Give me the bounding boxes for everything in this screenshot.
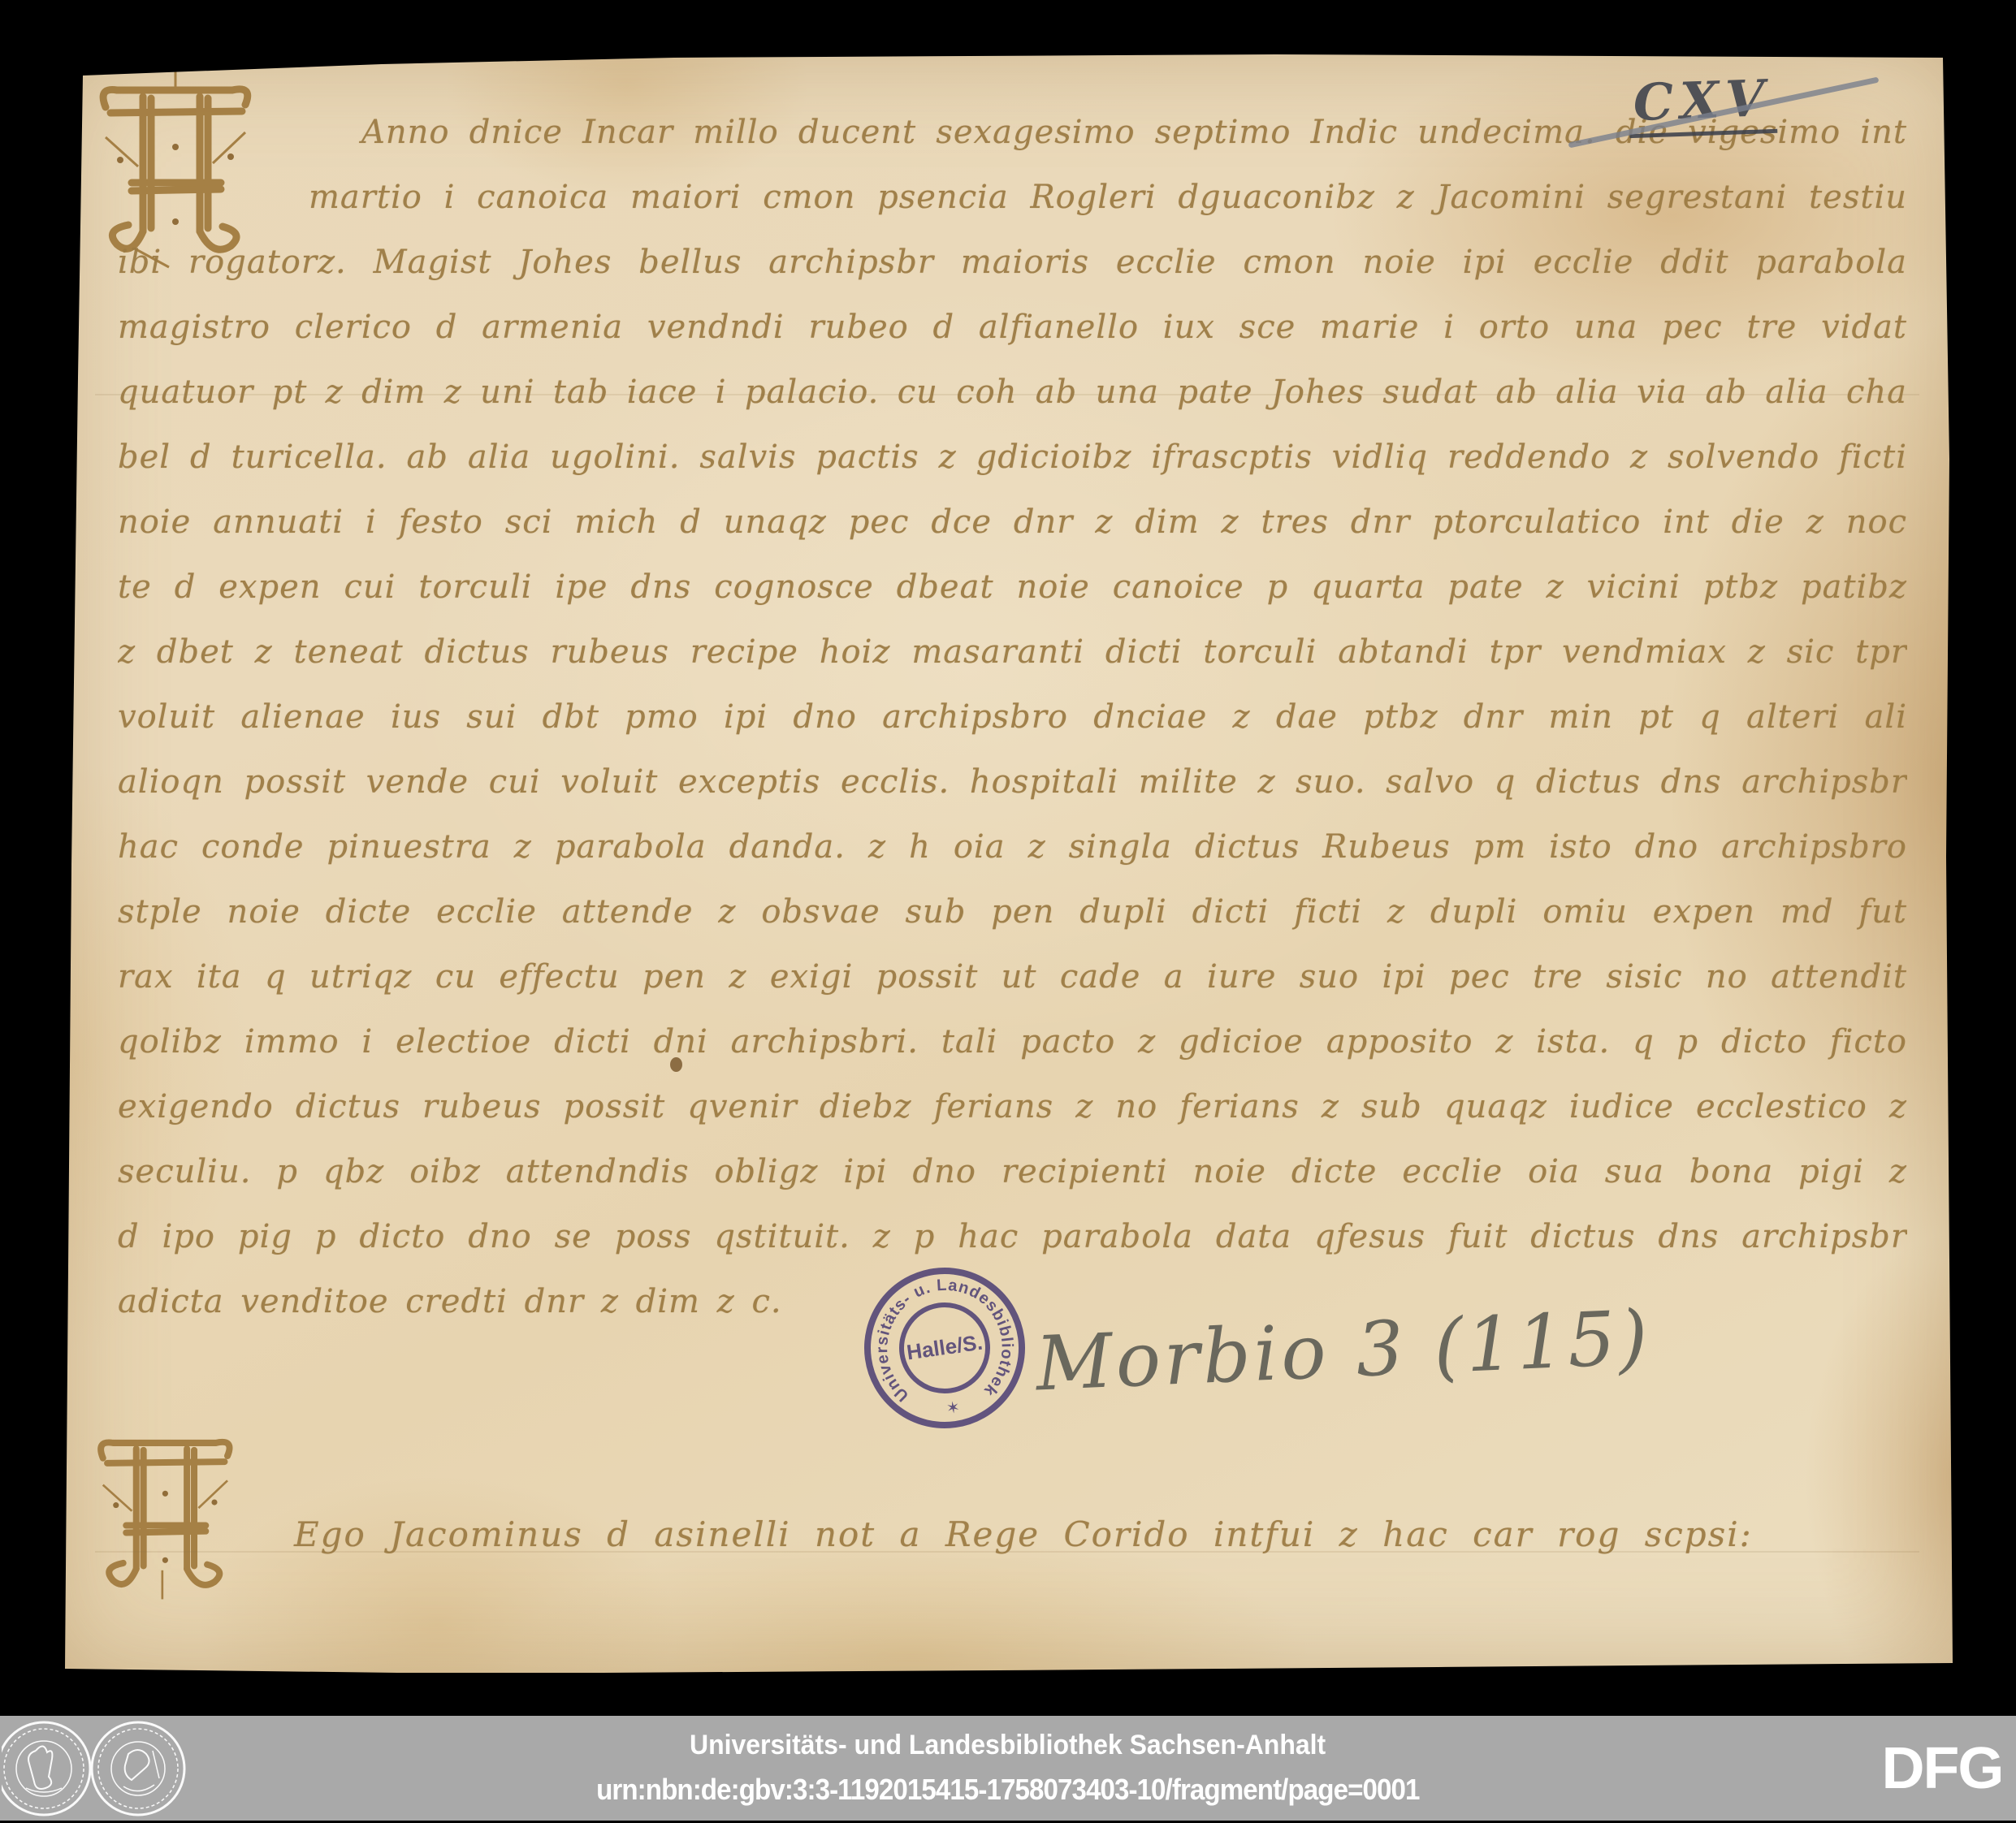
manuscript-line: alioqn possit vende cui voluit exceptis …: [118, 750, 1907, 814]
footer-institution: Universitäts- und Landesbibliothek Sachs…: [690, 1730, 1326, 1761]
manuscript-line: hac conde pinuestra z parabola danda. z …: [118, 814, 1907, 879]
viewer-background: Anno dnice Incar millo ducent sexagesimo…: [0, 0, 2016, 1823]
manuscript-line: stple noie dicte ecclie attende z obsvae…: [118, 879, 1907, 944]
university-seals-icon: [2, 1718, 197, 1818]
footer-bar: Universitäts- und Landesbibliothek Sachs…: [0, 1716, 2016, 1821]
notary-sign-icon: [81, 1397, 248, 1628]
footer-urn: urn:nbn:de:gbv:3:3-1192015415-1758073403…: [596, 1773, 1419, 1807]
manuscript-line: exigendo dictus rubeus possit qvenir die…: [118, 1074, 1907, 1139]
stamp-star-icon: ✶: [945, 1398, 962, 1418]
footer-text-block: Universitäts- und Landesbibliothek Sachs…: [203, 1716, 1813, 1821]
manuscript-line: seculiu. p qbz oibz attendndis obligz ip…: [118, 1139, 1907, 1204]
manuscript-line: magistro clerico d armenia vendndi rubeo…: [118, 295, 1907, 360]
manuscript-line: z dbet z teneat dictus rubeus recipe hoi…: [118, 620, 1907, 685]
manuscript-line: bel d turicella. ab alia ugolini. salvis…: [118, 425, 1907, 490]
manuscript-text-block: Anno dnice Incar millo ducent sexagesimo…: [118, 100, 1907, 1334]
manuscript-line: voluit alienae ius sui dbt pmo ipi dno a…: [118, 685, 1907, 750]
library-stamp: Universitäts- u. Landesbibliothek Halle/…: [848, 1251, 1040, 1444]
manuscript-line: ibi rogatorz. Magist Johes bellus archip…: [118, 230, 1907, 295]
ink-blot: [670, 1057, 682, 1072]
manuscript-line: te d expen cui torculi ipe dns cognosce …: [118, 555, 1907, 620]
crease-line: [95, 394, 1919, 395]
crease-line: [95, 1551, 1919, 1553]
document-scan: Anno dnice Incar millo ducent sexagesimo…: [57, 53, 1958, 1673]
manuscript-line: noie annuati i festo sci mich d unaqz pe…: [118, 490, 1907, 555]
manuscript-line: qolibz immo i electioe dicti dni archips…: [118, 1009, 1907, 1074]
manuscript-line: rax ita q utriqz cu effectu pen z exigi …: [118, 944, 1907, 1009]
stamp-center-text: Halle/S.: [905, 1330, 984, 1365]
manuscript-line: quatuor pt z dim z uni tab iace i palaci…: [118, 360, 1907, 425]
dfg-logo: DFG: [1882, 1735, 2003, 1802]
folio-number: CXV: [1629, 71, 1840, 160]
manuscript-line: martio i canoica maiori cmon psencia Rog…: [118, 165, 1907, 230]
notary-subscription: Ego Jacominus d asinelli not a Rege Cori…: [294, 1514, 1753, 1554]
